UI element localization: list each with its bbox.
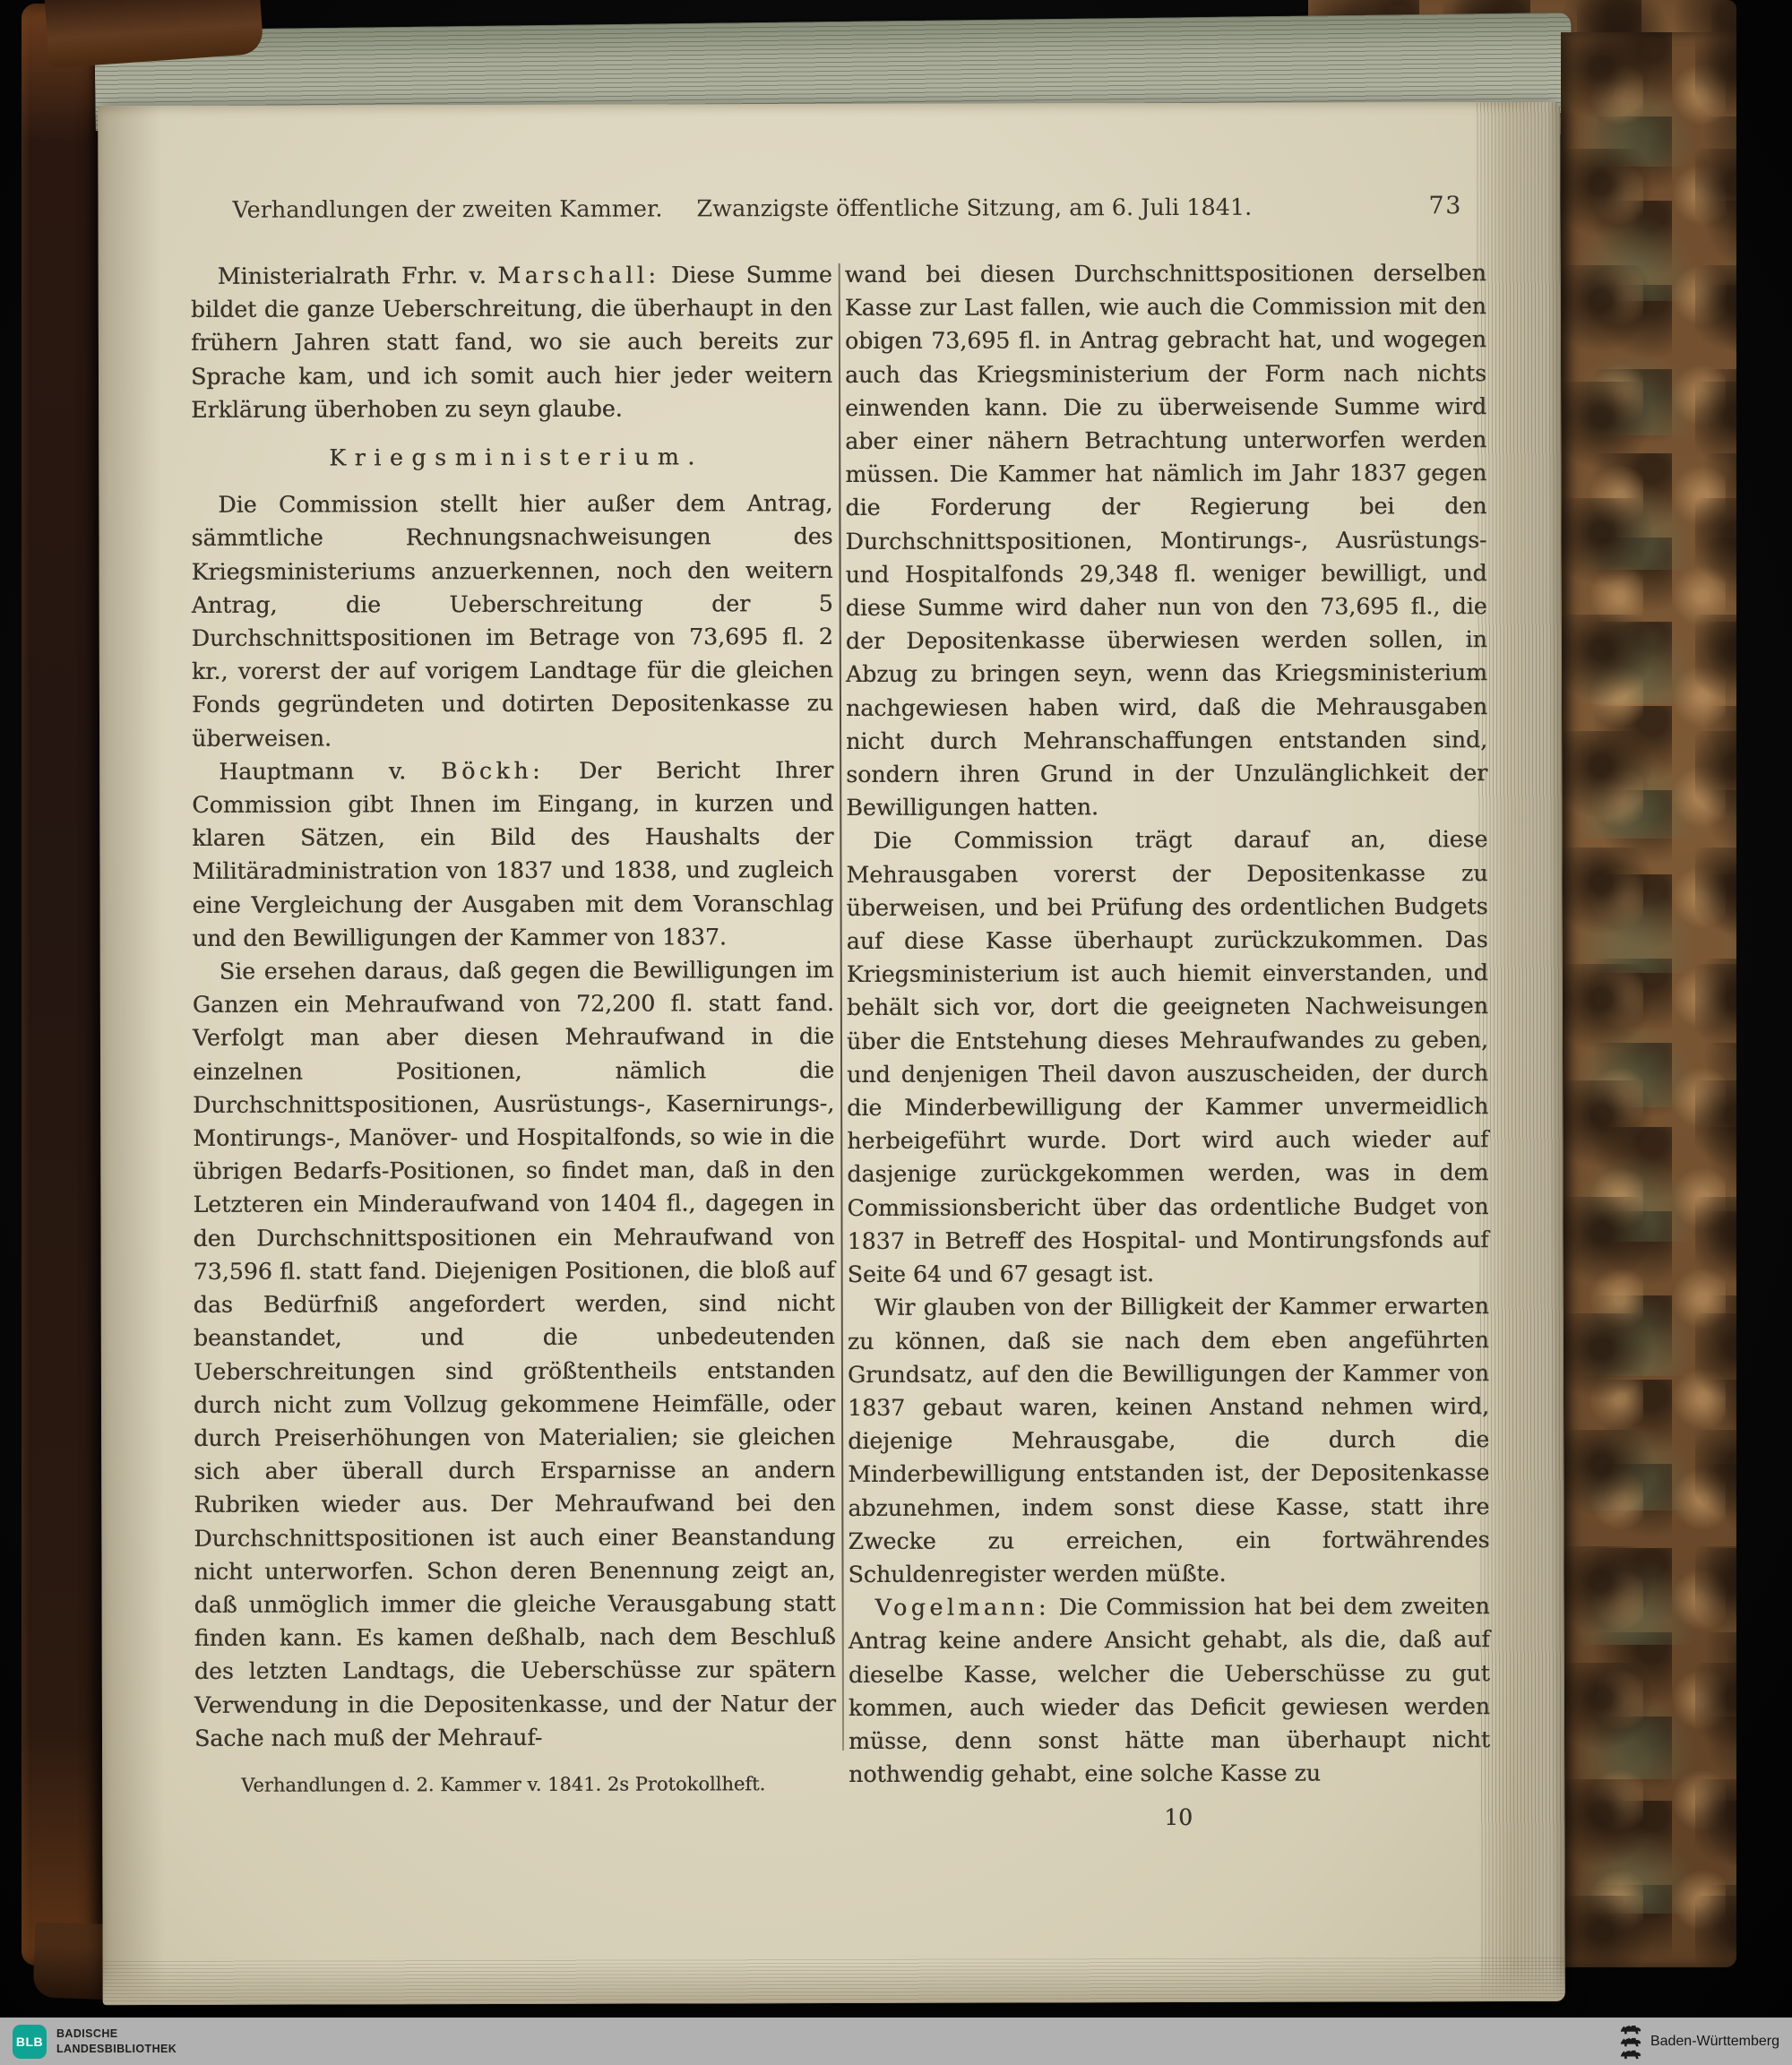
speaker-name: Vogelmann: [875,1594,1050,1621]
speaker-prefix: Ministerialrath Frhr. v. [218,262,487,289]
speaker-name: Marschall: [497,262,659,288]
continuation-paragraph: wand bei diesen Durchschnittspositionen … [845,256,1488,824]
speaker-name: Böckh: [441,758,544,784]
running-head-title-right: Zwanzigste öffentliche Sitzung, am 6. Ju… [696,194,1252,223]
book-page: Verhandlungen der zweiten Kammer.Zwanzig… [98,102,1565,2005]
digitized-book-photo: Verhandlungen der zweiten Kammer.Zwanzig… [0,0,1792,2065]
page-edges-bottom [103,1955,1565,2005]
sheet-signature-number: 10 [849,1800,1490,1835]
library-name-line1: BADISCHE [56,2026,177,2042]
marbled-cover-right [1561,32,1736,1967]
running-head-title-left: Verhandlungen der zweiten Kammer. [232,195,662,223]
state-branding: Baden-Württemberg [1619,2022,1779,2061]
speech-paragraph-marschall: Ministerialrath Frhr. v. Marschall: Dies… [191,258,832,426]
speech-paragraph-boeckh: Hauptmann v. Böckh: Der Bericht Ihrer Co… [192,753,834,955]
body-paragraph: Sie ersehen daraus, daß gegen die Bewill… [193,953,836,1755]
section-heading-kriegsministerium: Kriegsministerium. [191,440,832,475]
library-name: BADISCHE LANDESBIBLIOTHEK [56,2026,177,2057]
speech-paragraph-vogelmann: Vogelmann: Die Commission hat bei dem zw… [849,1589,1491,1791]
page-gutter-shadow [98,106,166,2005]
speech-text: Die Commission hat bei dem zweiten Antra… [849,1593,1490,1787]
book-spine [22,4,106,1966]
speaker-prefix: Hauptmann v. [219,758,406,785]
library-branding: BLB BADISCHE LANDESBIBLIOTHEK [13,2025,177,2059]
running-head: Verhandlungen der zweiten Kammer.Zwanzig… [232,194,1549,224]
state-name-label: Baden-Württemberg [1650,2034,1779,2050]
body-paragraph: Wir glauben von der Billigkeit der Kamme… [848,1289,1490,1591]
speech-text: Der Bericht Ihrer Commission gibt Ihnen … [192,757,833,951]
right-text-column: wand bei diesen Durchschnittspositionen … [845,256,1491,1835]
blb-logo: BLB [13,2025,47,2059]
column-divider-rule [839,263,844,1751]
library-name-line2: LANDESBIBLIOTHEK [56,2042,177,2057]
volume-footnote: Verhandlungen d. 2. Kammer v. 1841. 2s P… [194,1768,836,1803]
left-text-column: Ministerialrath Frhr. v. Marschall: Dies… [191,258,837,1821]
bw-coat-of-arms-icon [1619,2022,1642,2061]
commission-paragraph: Die Commission stellt hier außer dem Ant… [191,486,833,754]
page-number: 73 [1428,192,1461,219]
library-footer-bar: BLB BADISCHE LANDESBIBLIOTHEK [0,2018,1792,2065]
blb-logo-text: BLB [16,2035,43,2049]
commission-motion-paragraph: Die Commission trägt darauf an, diese Me… [846,823,1488,1292]
